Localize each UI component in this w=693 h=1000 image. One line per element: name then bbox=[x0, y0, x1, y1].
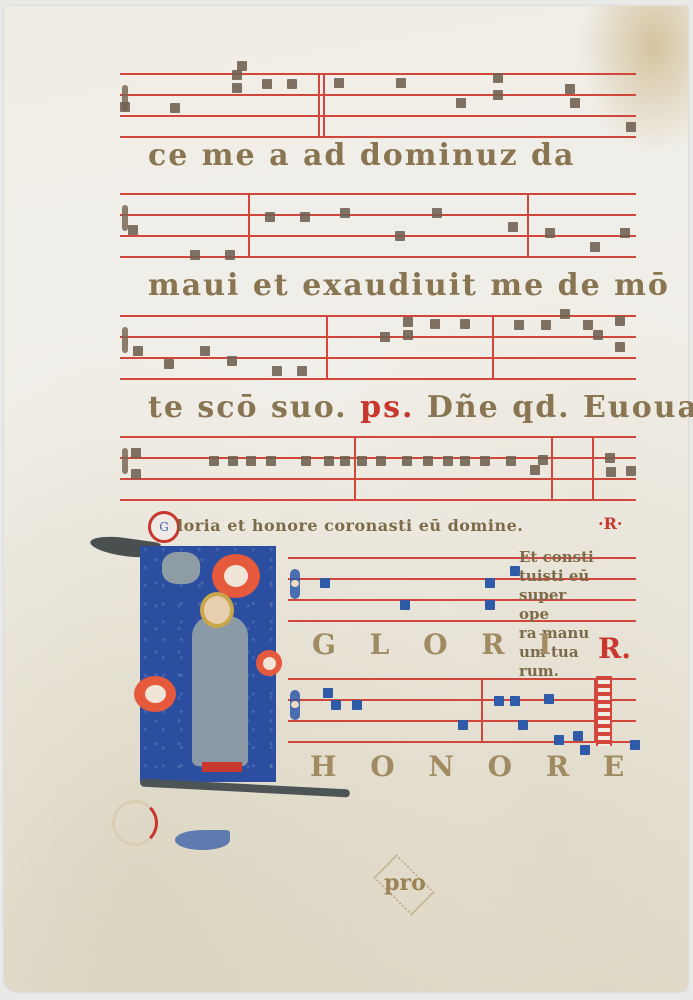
neume-note-icon bbox=[626, 122, 636, 132]
staff-line bbox=[120, 478, 636, 480]
staff-2 bbox=[120, 193, 636, 257]
staff-line bbox=[120, 336, 636, 338]
lyric-line-1: ce me a ad dominuz da bbox=[148, 138, 575, 173]
neume-note-icon bbox=[514, 320, 524, 330]
verse-line: Et consti bbox=[519, 548, 599, 567]
lyric-line-3: te scō suo. ps. Dñe qd. Euouae. bbox=[148, 390, 693, 425]
neume-note-icon bbox=[403, 330, 413, 340]
angel-icon bbox=[212, 554, 260, 598]
neume-note-icon bbox=[583, 320, 593, 330]
saint-figure-robe bbox=[192, 616, 248, 766]
neume-note-icon bbox=[432, 208, 442, 218]
neume-note-icon bbox=[232, 70, 242, 80]
lyric-line-3-before: te scō suo. bbox=[148, 390, 348, 425]
leaf-flourish-icon bbox=[175, 830, 230, 850]
staff-line bbox=[120, 436, 636, 438]
neume-note-icon bbox=[133, 346, 143, 356]
neume-note-icon bbox=[266, 456, 276, 466]
neume-note-icon bbox=[262, 79, 272, 89]
staff-6 bbox=[288, 678, 636, 742]
gloria-text: loria et honore coronasti eū domine. bbox=[177, 516, 523, 535]
bar-line bbox=[326, 315, 328, 379]
neume-note-icon bbox=[301, 456, 311, 466]
verse-line: super ope bbox=[519, 586, 599, 624]
clef-icon bbox=[122, 327, 128, 353]
neume-note-icon bbox=[400, 600, 410, 610]
neume-note-icon bbox=[456, 98, 466, 108]
verse-line: rum. bbox=[519, 662, 599, 681]
neume-note-icon bbox=[225, 250, 235, 260]
neume-note-icon bbox=[237, 61, 247, 71]
neume-note-icon bbox=[593, 330, 603, 340]
bar-line bbox=[551, 436, 553, 500]
staff-3 bbox=[120, 315, 636, 379]
initial-G-icon: G bbox=[148, 511, 180, 543]
neume-note-icon bbox=[423, 456, 433, 466]
neume-note-icon bbox=[265, 212, 275, 222]
neume-note-icon bbox=[131, 469, 141, 479]
lyric-line-2: maui et exaudiuit me de mō bbox=[148, 268, 670, 303]
saint-halo-head-icon bbox=[204, 596, 230, 624]
neume-note-icon bbox=[510, 696, 520, 706]
acanthus-flourish-icon bbox=[112, 800, 158, 846]
clef-icon bbox=[122, 448, 128, 474]
neume-note-icon bbox=[570, 98, 580, 108]
bar-line bbox=[592, 436, 594, 500]
verse-line: tuisti eū bbox=[519, 567, 599, 586]
clef-icon bbox=[290, 569, 300, 599]
neume-note-icon bbox=[630, 740, 640, 750]
decorated-word-gloria: G L O R I bbox=[312, 628, 563, 661]
neume-note-icon bbox=[544, 694, 554, 704]
lyric-line-3-after: Dñe qd. Euouae. bbox=[427, 390, 693, 425]
neume-note-icon bbox=[494, 696, 504, 706]
staff-line bbox=[120, 193, 636, 195]
neume-note-icon bbox=[573, 731, 583, 741]
response-rubric: ·R· bbox=[598, 514, 622, 533]
neume-note-icon bbox=[395, 231, 405, 241]
neume-note-icon bbox=[506, 456, 516, 466]
neume-note-icon bbox=[403, 317, 413, 327]
staff-line bbox=[120, 499, 636, 501]
neume-note-icon bbox=[376, 456, 386, 466]
neume-note-icon bbox=[443, 456, 453, 466]
neume-note-icon bbox=[508, 222, 518, 232]
neume-note-icon bbox=[560, 309, 570, 319]
historiated-initial-miniature bbox=[140, 546, 276, 782]
bar-line bbox=[323, 73, 325, 137]
neume-note-icon bbox=[480, 456, 490, 466]
staff-line bbox=[120, 73, 636, 75]
neume-note-icon bbox=[396, 78, 406, 88]
neume-note-icon bbox=[170, 103, 180, 113]
decorative-border-strip bbox=[596, 676, 612, 746]
neume-note-icon bbox=[493, 73, 503, 83]
catchword: pro bbox=[365, 858, 441, 906]
neume-note-icon bbox=[228, 456, 238, 466]
staff-line bbox=[120, 115, 636, 117]
neume-note-icon bbox=[380, 332, 390, 342]
staff-line bbox=[120, 214, 636, 216]
neume-note-icon bbox=[120, 102, 130, 112]
neume-note-icon bbox=[530, 465, 540, 475]
neume-note-icon bbox=[324, 456, 334, 466]
neume-note-icon bbox=[626, 466, 636, 476]
neume-note-icon bbox=[460, 456, 470, 466]
neume-note-icon bbox=[538, 455, 548, 465]
catchword-text: pro bbox=[375, 870, 435, 896]
neume-note-icon bbox=[357, 456, 367, 466]
neume-note-icon bbox=[554, 735, 564, 745]
neume-note-icon bbox=[323, 688, 333, 698]
neume-note-icon bbox=[331, 700, 341, 710]
neume-note-icon bbox=[128, 225, 138, 235]
neume-note-icon bbox=[232, 83, 242, 93]
neume-note-icon bbox=[493, 90, 503, 100]
neume-note-icon bbox=[131, 448, 141, 458]
neume-note-icon bbox=[200, 346, 210, 356]
bar-line bbox=[481, 678, 483, 742]
neume-note-icon bbox=[209, 456, 219, 466]
neume-note-icon bbox=[620, 228, 630, 238]
neume-note-icon bbox=[460, 319, 470, 329]
neume-note-icon bbox=[545, 228, 555, 238]
bar-line bbox=[318, 73, 320, 137]
neume-note-icon bbox=[541, 320, 551, 330]
neume-note-icon bbox=[615, 316, 625, 326]
neume-note-icon bbox=[320, 578, 330, 588]
neume-note-icon bbox=[300, 212, 310, 222]
neume-note-icon bbox=[334, 78, 344, 88]
angel-icon bbox=[256, 650, 282, 676]
staff-line bbox=[120, 315, 636, 317]
neume-note-icon bbox=[227, 356, 237, 366]
neume-note-icon bbox=[590, 242, 600, 252]
neume-note-icon bbox=[190, 250, 200, 260]
saint-figure-feet bbox=[202, 762, 242, 772]
neume-note-icon bbox=[605, 453, 615, 463]
neume-note-icon bbox=[518, 720, 528, 730]
staff-line bbox=[288, 741, 636, 743]
neume-note-icon bbox=[485, 600, 495, 610]
angel-icon bbox=[134, 676, 176, 712]
neume-note-icon bbox=[565, 84, 575, 94]
bar-line bbox=[354, 436, 356, 500]
cloud-icon bbox=[162, 552, 200, 584]
neume-note-icon bbox=[287, 79, 297, 89]
decorated-word-honore: H O N O R E bbox=[310, 750, 636, 783]
staff-line bbox=[120, 94, 636, 96]
verse-column: Et consti tuisti eū super ope ra manu um… bbox=[519, 548, 599, 681]
staff-line bbox=[120, 235, 636, 237]
bar-line bbox=[248, 193, 250, 257]
neume-note-icon bbox=[340, 456, 350, 466]
neume-note-icon bbox=[430, 319, 440, 329]
neume-note-icon bbox=[615, 342, 625, 352]
neume-note-icon bbox=[606, 467, 616, 477]
staff-line bbox=[120, 357, 636, 359]
neume-note-icon bbox=[272, 366, 282, 376]
neume-note-icon bbox=[485, 578, 495, 588]
neume-note-icon bbox=[458, 720, 468, 730]
staff-1 bbox=[120, 73, 636, 137]
bar-line bbox=[492, 315, 494, 379]
neume-note-icon bbox=[297, 366, 307, 376]
clef-icon bbox=[290, 690, 300, 720]
staff-4 bbox=[120, 436, 636, 500]
neume-note-icon bbox=[352, 700, 362, 710]
verse-rubric-R: R. bbox=[598, 632, 631, 665]
psalm-rubric: ps. bbox=[360, 390, 414, 425]
bar-line bbox=[527, 193, 529, 257]
neume-note-icon bbox=[402, 456, 412, 466]
neume-note-icon bbox=[340, 208, 350, 218]
neume-note-icon bbox=[246, 456, 256, 466]
neume-note-icon bbox=[164, 359, 174, 369]
staff-line bbox=[120, 378, 636, 380]
